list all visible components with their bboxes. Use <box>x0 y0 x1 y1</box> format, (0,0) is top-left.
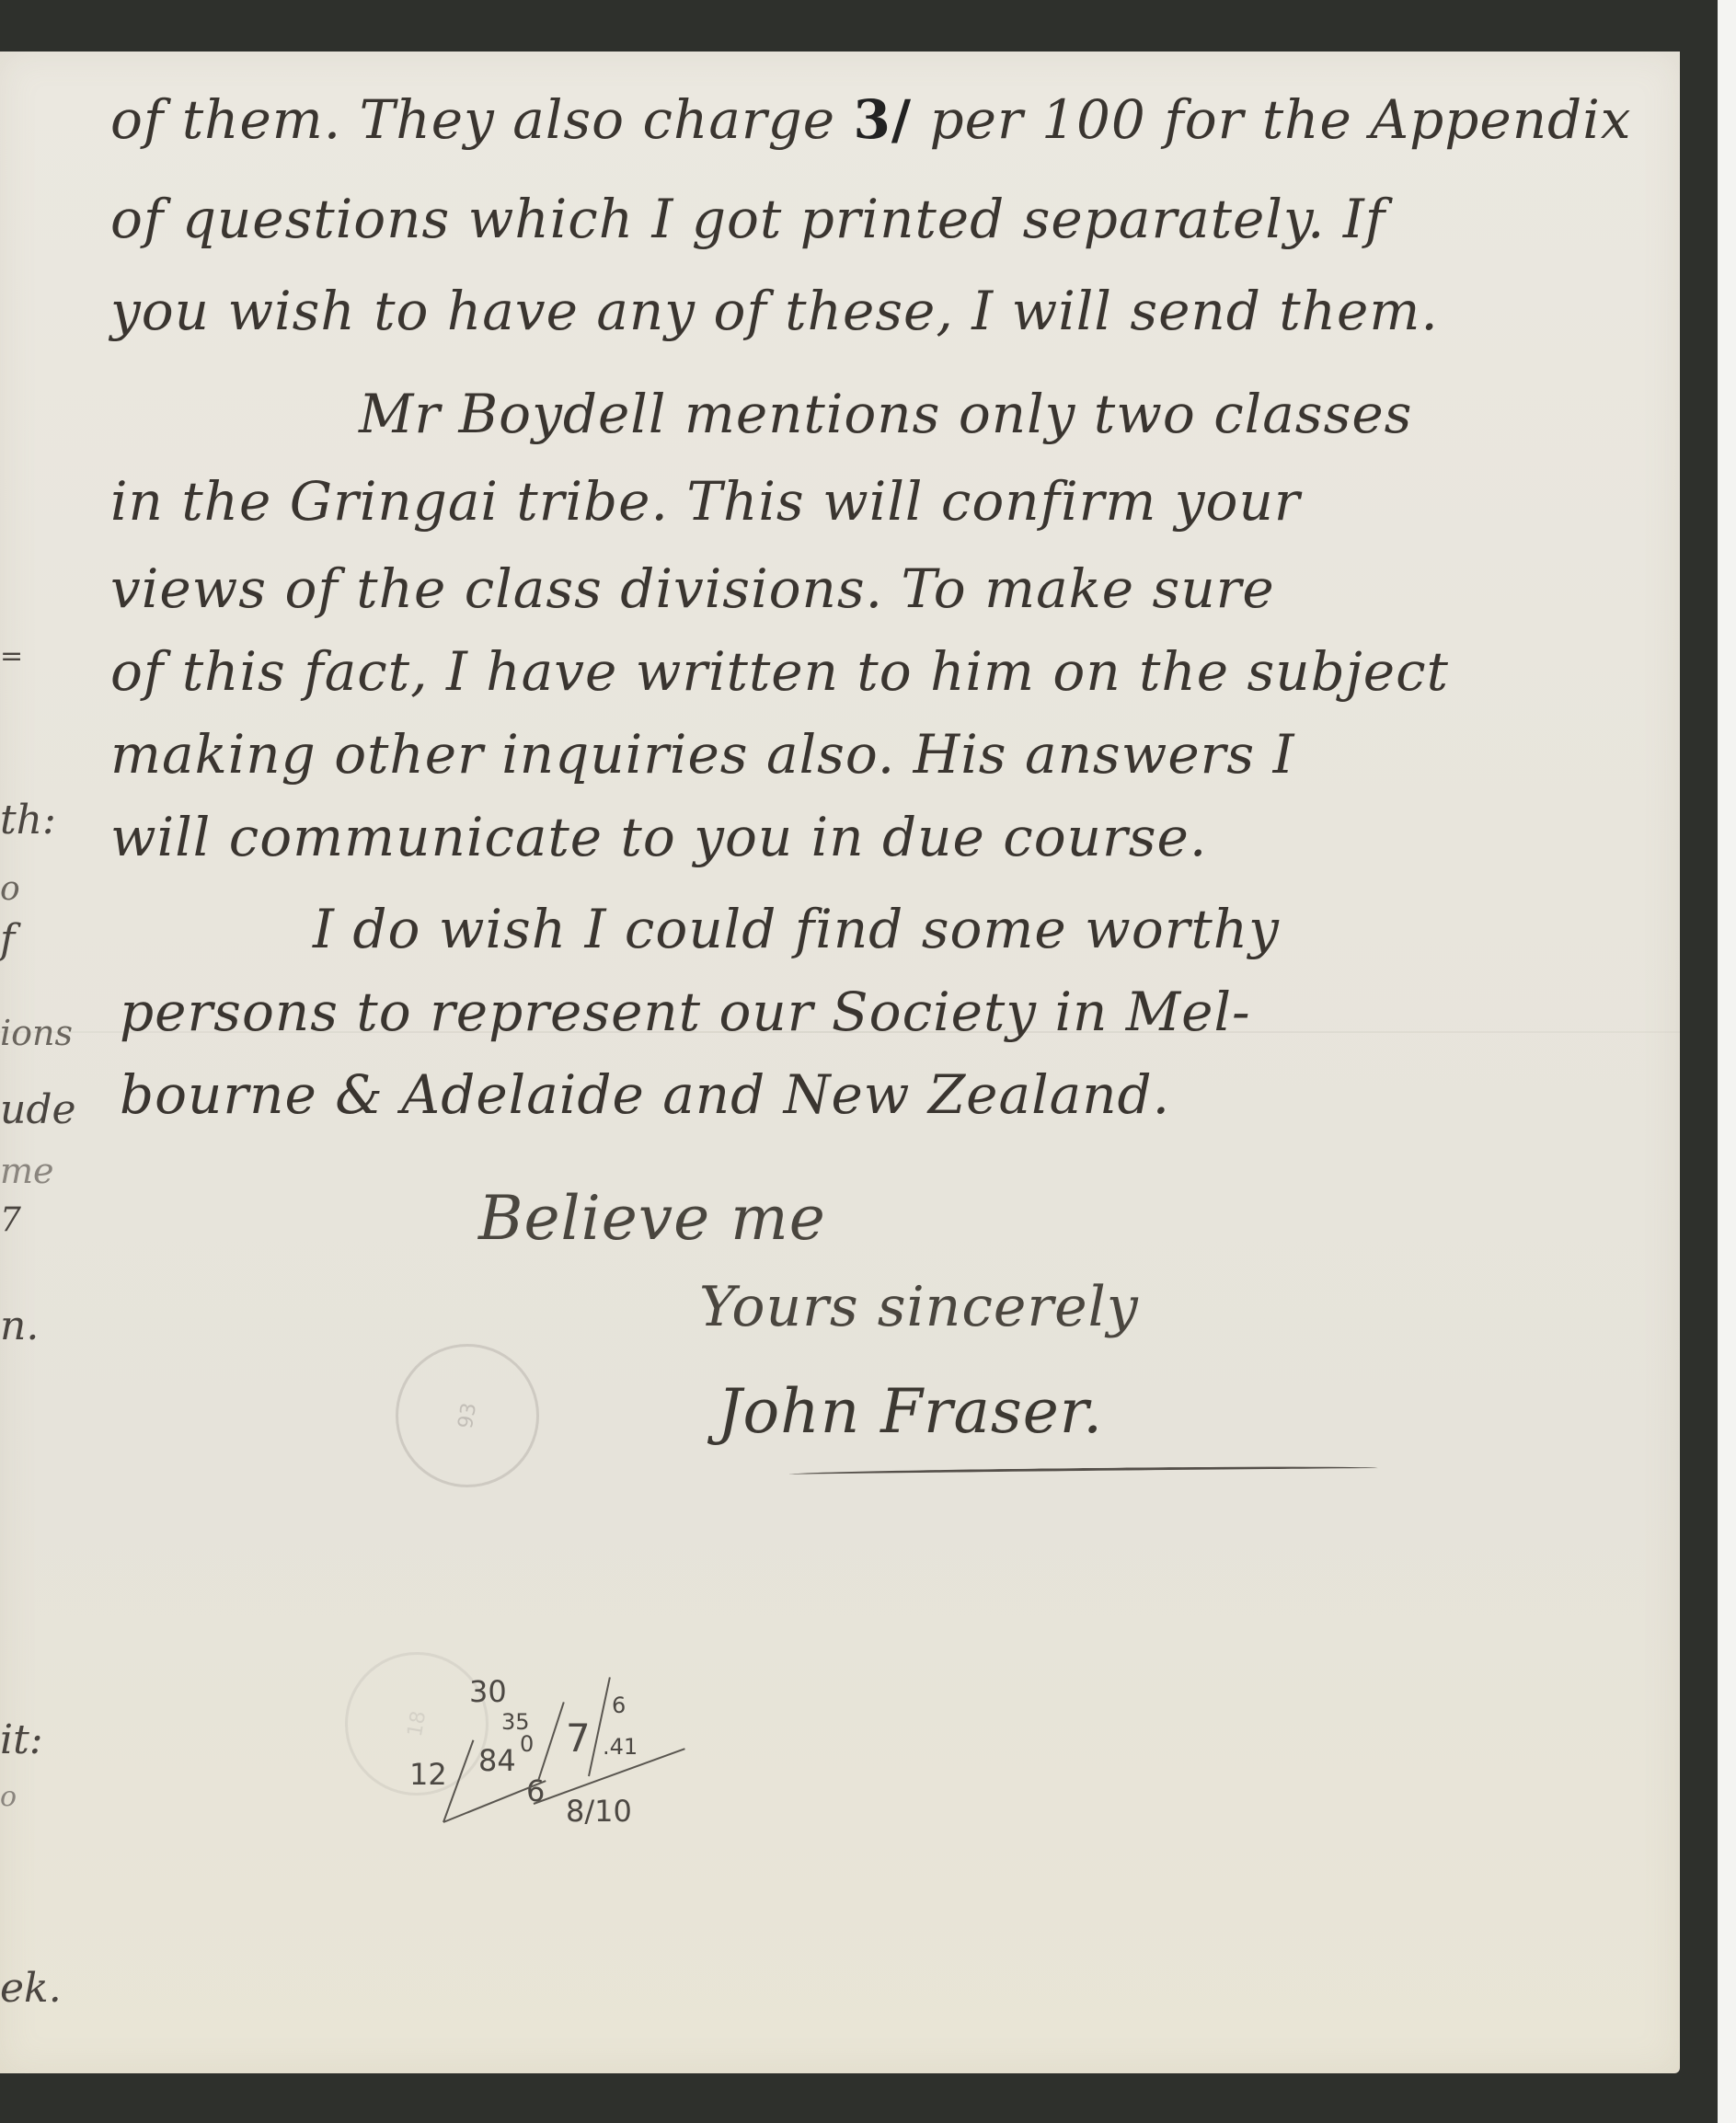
calc-divisor: 12 <box>409 1757 447 1792</box>
calc-fraction-bottom: .41 <box>603 1734 638 1760</box>
margin-fragment: = <box>0 640 23 672</box>
letter-body-line: making other inquiries also. His answers… <box>110 723 1295 786</box>
letter-body-line: you wish to have any of these, I will se… <box>110 280 1439 342</box>
letter-body-line: in the Gringai tribe. This will confirm … <box>110 470 1301 533</box>
price-numeral: 3/ <box>854 88 913 151</box>
letter-body-line: of questions which I got printed separat… <box>110 188 1385 250</box>
scanner-backdrop-edge <box>1718 0 1736 2123</box>
calc-dividend-top: 0 <box>520 1731 534 1757</box>
calc-fraction-top: 6 <box>612 1693 626 1718</box>
postmark-stamp: 93 <box>385 1333 551 1499</box>
margin-fragment: f <box>0 916 15 963</box>
margin-fragment: 7 <box>0 1201 21 1239</box>
letter-body-line: will communicate to you in due course. <box>110 806 1207 868</box>
calc-result: 8/10 <box>566 1794 632 1829</box>
calc-quotient: 7 <box>566 1716 591 1761</box>
margin-fragment: me <box>0 1151 54 1191</box>
calc-top-number: 30 <box>469 1674 507 1709</box>
postmark-text: 93 <box>454 1401 480 1430</box>
letter-body-line: I do wish I could find some worthy <box>313 898 1280 960</box>
margin-fragment: ions <box>0 1013 73 1053</box>
letter-body-line: views of the class divisions. To make su… <box>110 557 1275 620</box>
signature-underline <box>789 1465 1378 1478</box>
margin-fragment: th: <box>0 797 56 843</box>
closing-believe-me: Believe me <box>478 1183 826 1254</box>
margin-fragment: ude <box>0 1086 76 1133</box>
letter-text: per 100 for the Appendix <box>930 88 1632 151</box>
letter-body-line: of this fact, I have written to him on t… <box>110 640 1449 703</box>
calc-slash <box>537 1702 565 1781</box>
margin-fragment: ek. <box>0 1965 62 2012</box>
signature: John Fraser. <box>718 1376 1103 1447</box>
letter-page: = th: o f ions ude me 7 n. it: o ek. of … <box>0 52 1680 2073</box>
margin-fragment: o <box>0 870 20 908</box>
letter-text: of them. They also charge <box>110 88 835 151</box>
pencil-calculation: 30 35 12 0 84 6 7 6 .41 8/10 <box>368 1637 754 1849</box>
closing-yours-sincerely: Yours sincerely <box>699 1275 1139 1339</box>
letter-body-line: bourne & Adelaide and New Zealand. <box>120 1063 1170 1126</box>
margin-fragment: it: <box>0 1716 43 1763</box>
calc-dividend-sub: 84 <box>478 1743 516 1778</box>
letter-body-line: Mr Boydell mentions only two classes <box>359 383 1412 445</box>
margin-fragment: o <box>0 1781 17 1813</box>
calc-slash <box>588 1677 611 1776</box>
margin-fragment: n. <box>0 1302 39 1349</box>
letter-body-line: persons to represent our Society in Mel- <box>120 981 1251 1043</box>
letter-body-line: of them. They also charge 3/ per 100 for… <box>110 88 1631 151</box>
